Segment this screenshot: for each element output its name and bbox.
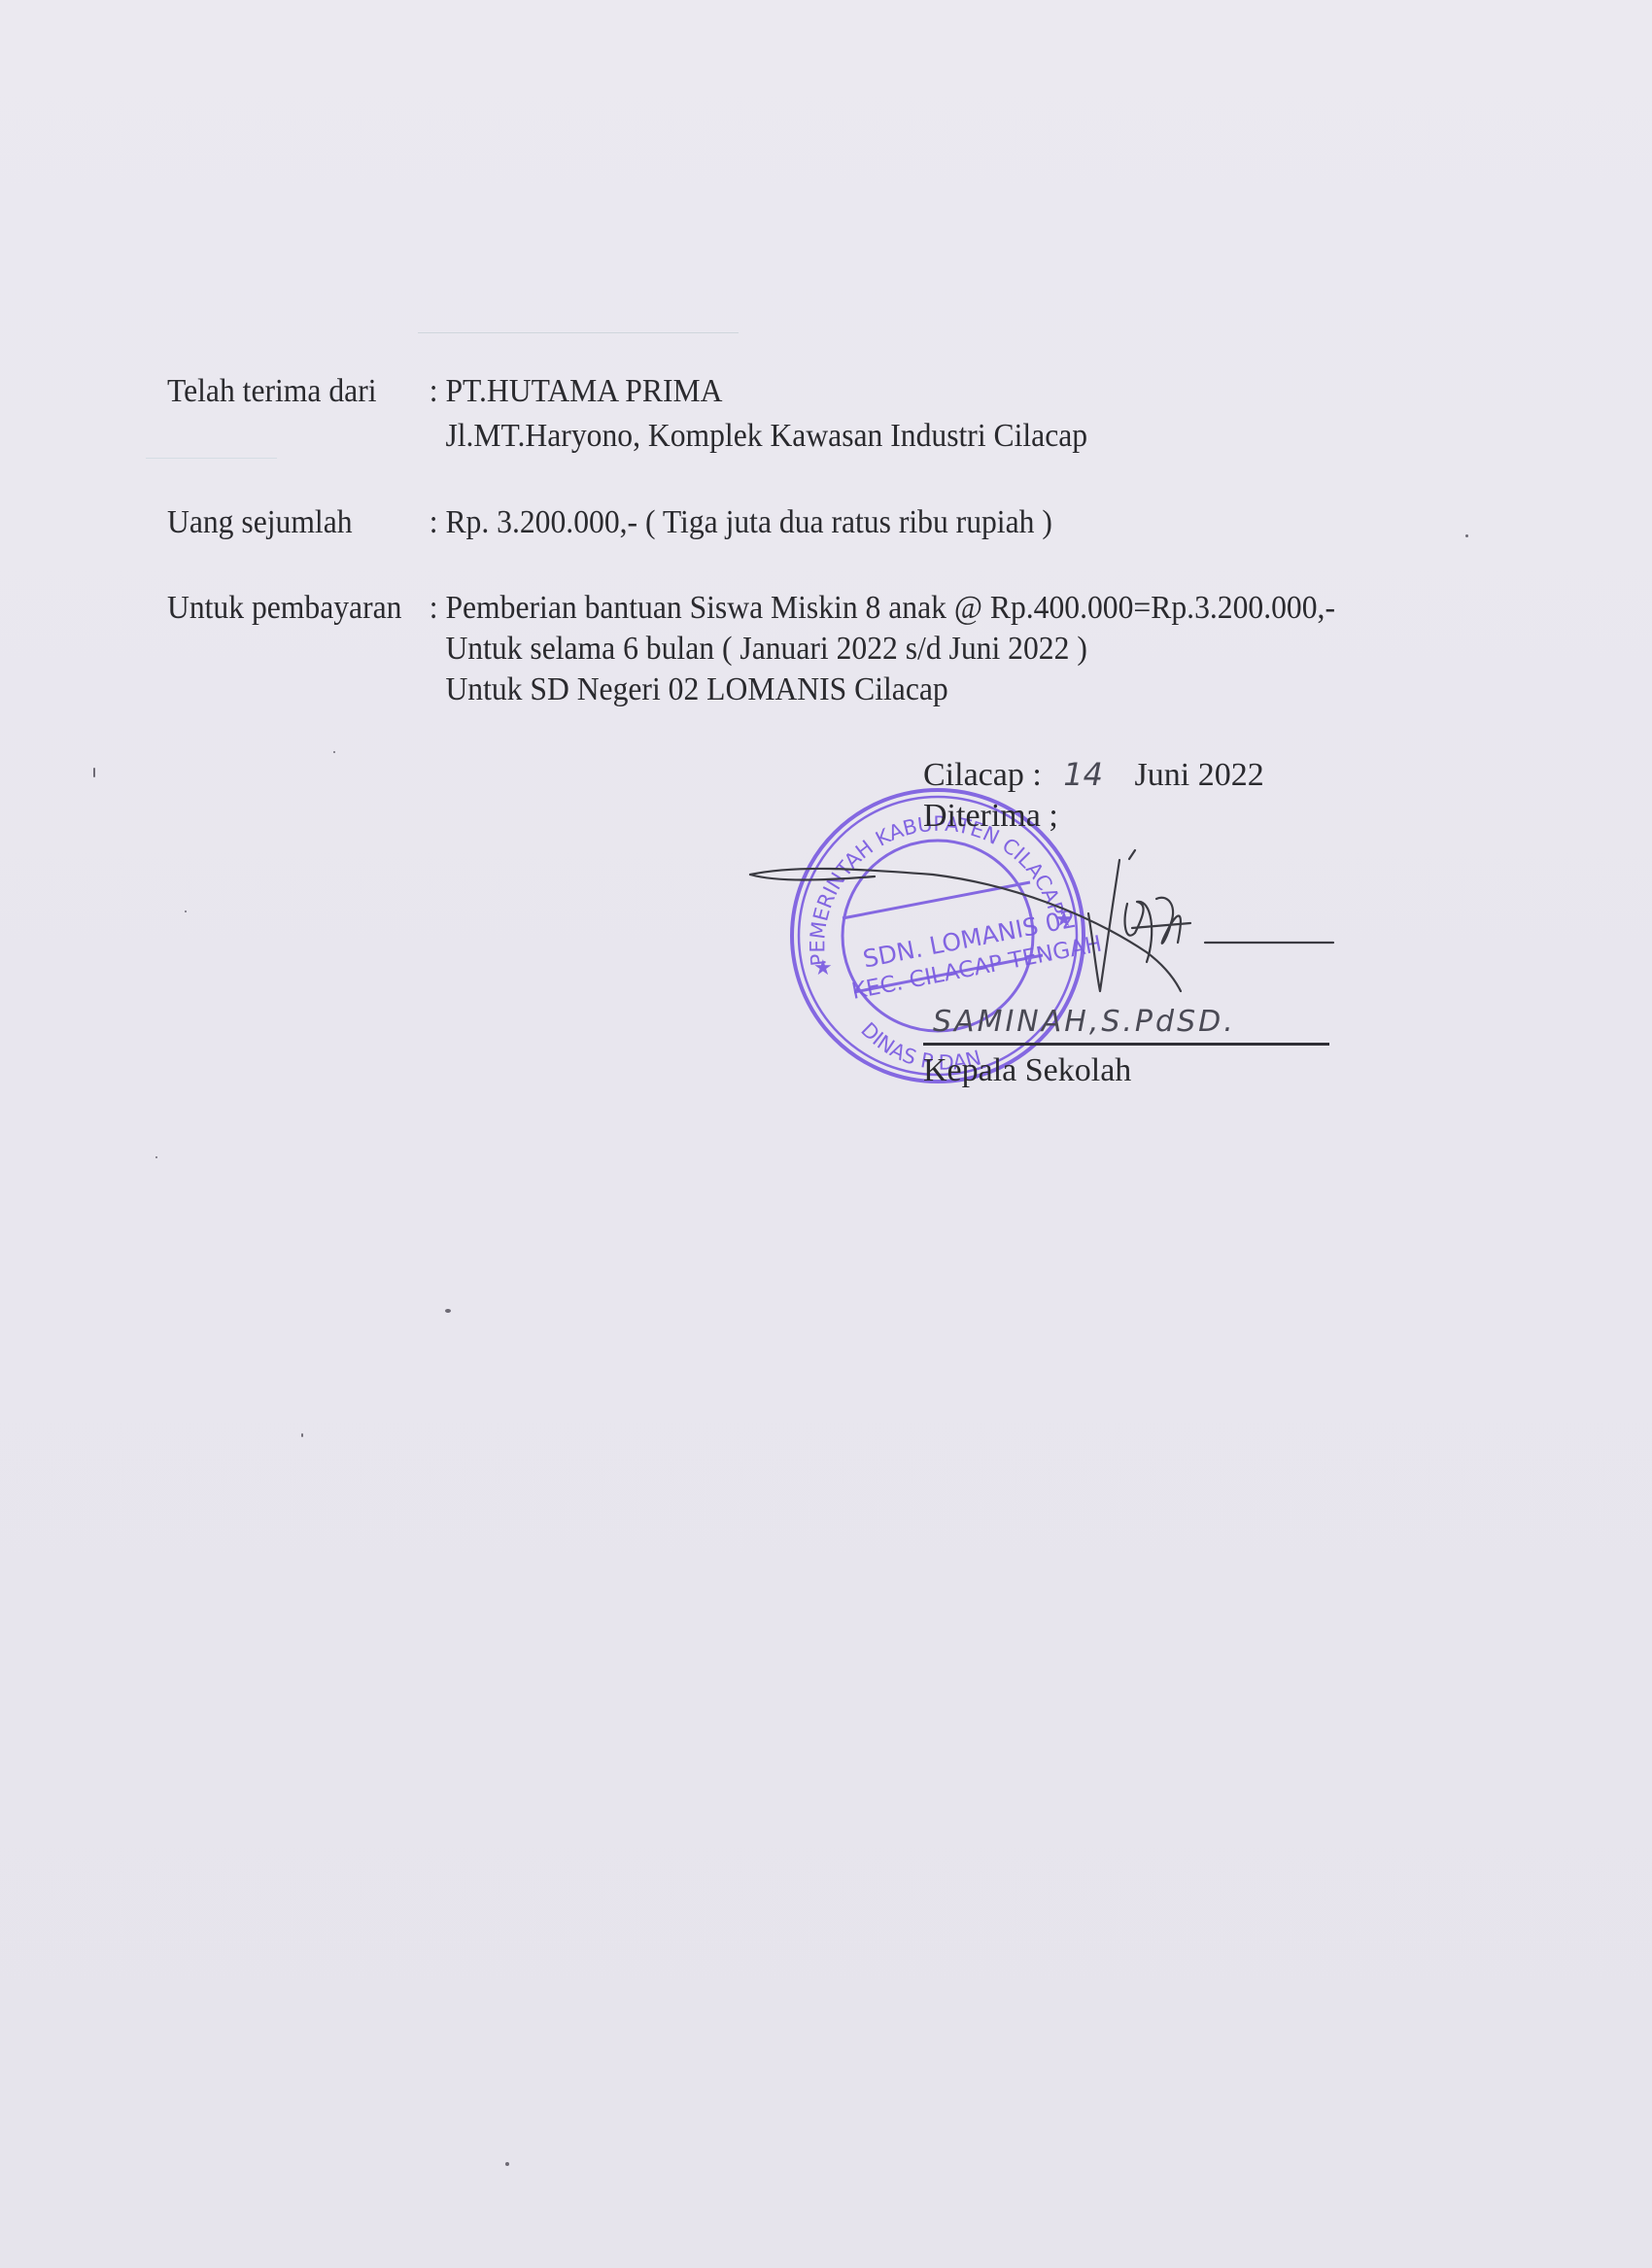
amount-label: Uang sejumlah [167,503,353,542]
scan-speck [93,768,95,777]
scan-speck [505,2162,509,2166]
received-from-label: Telah terima dari [167,372,377,411]
scan-speck [155,1156,157,1158]
signature-scribble [739,845,1341,1020]
month-year: Juni 2022 [1135,757,1264,793]
signer-name-handwritten: SAMINAH,S.PdSD. [933,1003,1236,1042]
place-label: Cilacap : [923,757,1042,793]
scanned-page: Telah terima dari : PT.HUTAMA PRIMA Jl.M… [0,0,1652,2268]
purpose-separator: : [430,589,438,628]
purpose-line-3: Untuk SD Negeri 02 LOMANIS Cilacap [445,670,947,709]
scan-speck [445,1309,451,1313]
handwritten-day: 14 [1063,756,1103,793]
faint-rule-left [146,458,277,459]
signer-title: Kepala Sekolah [923,1051,1131,1090]
received-from-separator: : [430,372,438,411]
purpose-line-1: Pemberian bantuan Siswa Miskin 8 anak @ … [445,589,1335,628]
received-from-name: PT.HUTAMA PRIMA [445,372,722,411]
purpose-line-2: Untuk selama 6 bulan ( Januari 2022 s/d … [445,630,1086,669]
received-label: Diterima ; [923,797,1058,836]
received-from-address: Jl.MT.Haryono, Komplek Kawasan Industri … [445,417,1087,456]
speck [1465,534,1468,537]
faint-rule-top [418,332,739,333]
scan-speck [301,1433,303,1437]
purpose-label: Untuk pembayaran [167,589,401,628]
place-date-line: Cilacap : 14 Juni 2022 [923,755,1264,795]
amount-value: Rp. 3.200.000,- ( Tiga juta dua ratus ri… [445,503,1051,542]
scan-speck [185,911,187,912]
signature-underline [923,1043,1329,1046]
scan-speck [333,751,335,753]
amount-separator: : [430,503,438,542]
